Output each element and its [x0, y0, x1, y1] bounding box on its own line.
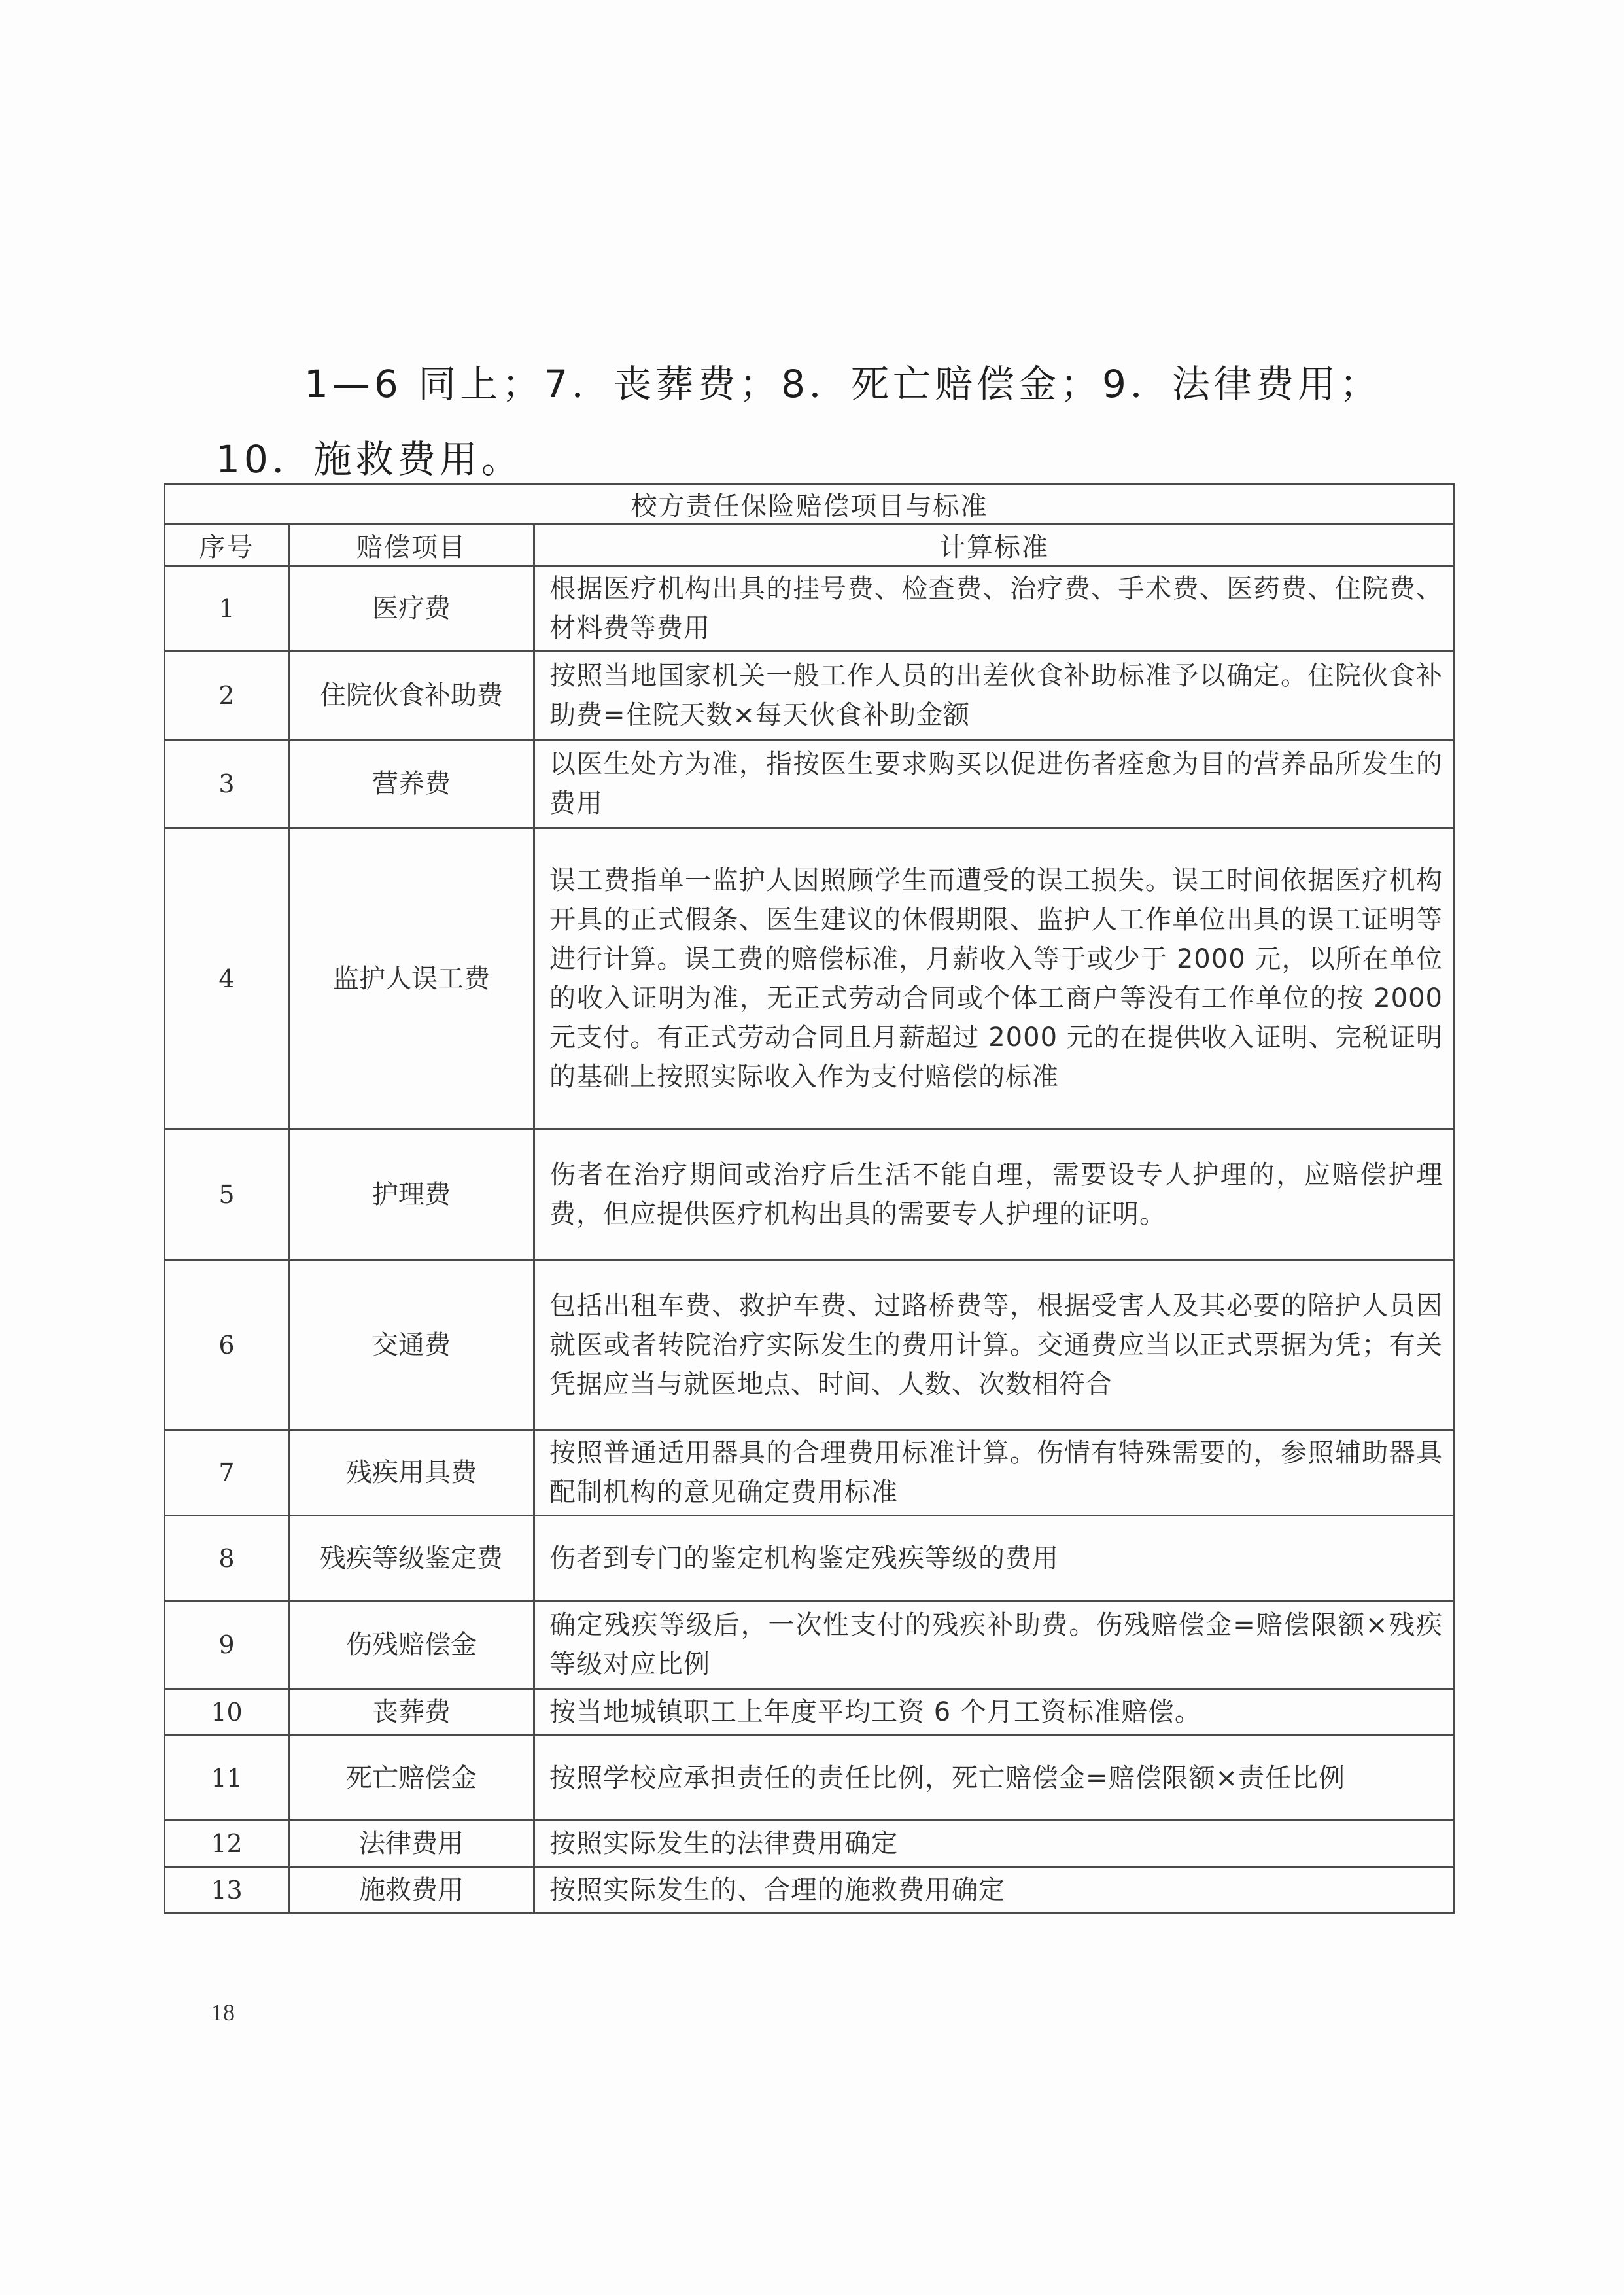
header-seq: 序号: [165, 525, 289, 566]
row-item: 法律费用: [289, 1821, 534, 1867]
row-standard: 确定残疾等级后，一次性支付的残疾补助费。伤残赔偿金=赔偿限额×残疾等级对应比例: [534, 1601, 1455, 1689]
row-standard: 伤者到专门的鉴定机构鉴定残疾等级的费用: [534, 1516, 1455, 1601]
row-standard: 按照普通适用器具的合理费用标准计算。伤情有特殊需要的，参照辅助器具配制机构的意见…: [534, 1430, 1455, 1516]
row-item: 营养费: [289, 740, 534, 828]
table-row: 11 死亡赔偿金 按照学校应承担责任的责任比例，死亡赔偿金=赔偿限额×责任比例: [165, 1736, 1455, 1821]
row-seq: 9: [165, 1601, 289, 1689]
intro-line-2: 10．施救费用。: [216, 429, 523, 483]
row-standard: 按照实际发生的法律费用确定: [534, 1821, 1455, 1867]
row-item: 交通费: [289, 1260, 534, 1430]
row-seq: 13: [165, 1867, 289, 1914]
table-row: 5 护理费 伤者在治疗期间或治疗后生活不能自理，需要设专人护理的，应赔偿护理费，…: [165, 1129, 1455, 1260]
table-row: 10 丧葬费 按当地城镇职工上年度平均工资 6 个月工资标准赔偿。: [165, 1689, 1455, 1736]
table-row: 9 伤残赔偿金 确定残疾等级后，一次性支付的残疾补助费。伤残赔偿金=赔偿限额×残…: [165, 1601, 1455, 1689]
row-standard: 以医生处方为准，指按医生要求购买以促进伤者痊愈为目的营养品所发生的费用: [534, 740, 1455, 828]
row-item: 护理费: [289, 1129, 534, 1260]
row-seq: 4: [165, 828, 289, 1129]
table-title: 校方责任保险赔偿项目与标准: [165, 484, 1455, 525]
compensation-table: 校方责任保险赔偿项目与标准 序号 赔偿项目 计算标准 1 医疗费 根据医疗机构出…: [164, 483, 1455, 1914]
table-row: 6 交通费 包括出租车费、救护车费、过路桥费等，根据受害人及其必要的陪护人员因就…: [165, 1260, 1455, 1430]
row-standard: 根据医疗机构出具的挂号费、检查费、治疗费、手术费、医药费、住院费、材料费等费用: [534, 566, 1455, 652]
row-item: 施救费用: [289, 1867, 534, 1914]
row-standard: 按当地城镇职工上年度平均工资 6 个月工资标准赔偿。: [534, 1689, 1455, 1736]
row-item: 医疗费: [289, 566, 534, 652]
row-standard: 包括出租车费、救护车费、过路桥费等，根据受害人及其必要的陪护人员因就医或者转院治…: [534, 1260, 1455, 1430]
row-item: 残疾等级鉴定费: [289, 1516, 534, 1601]
row-item: 伤残赔偿金: [289, 1601, 534, 1689]
page-number: 18: [211, 1999, 235, 2026]
row-standard: 按照当地国家机关一般工作人员的出差伙食补助标准予以确定。住院伙食补助费=住院天数…: [534, 652, 1455, 740]
row-seq: 12: [165, 1821, 289, 1867]
row-standard: 按照学校应承担责任的责任比例，死亡赔偿金=赔偿限额×责任比例: [534, 1736, 1455, 1821]
header-item: 赔偿项目: [289, 525, 534, 566]
row-standard: 按照实际发生的、合理的施救费用确定: [534, 1867, 1455, 1914]
row-seq: 2: [165, 652, 289, 740]
row-item: 死亡赔偿金: [289, 1736, 534, 1821]
row-seq: 7: [165, 1430, 289, 1516]
table-row: 1 医疗费 根据医疗机构出具的挂号费、检查费、治疗费、手术费、医药费、住院费、材…: [165, 566, 1455, 652]
row-standard: 误工费指单一监护人因照顾学生而遭受的误工损失。误工时间依据医疗机构开具的正式假条…: [534, 828, 1455, 1129]
header-standard: 计算标准: [534, 525, 1455, 566]
row-seq: 1: [165, 566, 289, 652]
table-row: 4 监护人误工费 误工费指单一监护人因照顾学生而遭受的误工损失。误工时间依据医疗…: [165, 828, 1455, 1129]
table-header-row: 序号 赔偿项目 计算标准: [165, 525, 1455, 566]
row-item: 监护人误工费: [289, 828, 534, 1129]
table-row: 3 营养费 以医生处方为准，指按医生要求购买以促进伤者痊愈为目的营养品所发生的费…: [165, 740, 1455, 828]
row-seq: 5: [165, 1129, 289, 1260]
table-row: 13 施救费用 按照实际发生的、合理的施救费用确定: [165, 1867, 1455, 1914]
table-row: 8 残疾等级鉴定费 伤者到专门的鉴定机构鉴定残疾等级的费用: [165, 1516, 1455, 1601]
row-item: 残疾用具费: [289, 1430, 534, 1516]
row-standard: 伤者在治疗期间或治疗后生活不能自理，需要设专人护理的，应赔偿护理费，但应提供医疗…: [534, 1129, 1455, 1260]
table-row: 2 住院伙食补助费 按照当地国家机关一般工作人员的出差伙食补助标准予以确定。住院…: [165, 652, 1455, 740]
row-seq: 6: [165, 1260, 289, 1430]
row-item: 住院伙食补助费: [289, 652, 534, 740]
row-seq: 3: [165, 740, 289, 828]
intro-line-1: 1—6 同上；7．丧葬费；8．死亡赔偿金；9．法律费用；: [304, 353, 1381, 408]
table-row: 12 法律费用 按照实际发生的法律费用确定: [165, 1821, 1455, 1867]
table-row: 7 残疾用具费 按照普通适用器具的合理费用标准计算。伤情有特殊需要的，参照辅助器…: [165, 1430, 1455, 1516]
table-title-row: 校方责任保险赔偿项目与标准: [165, 484, 1455, 525]
row-seq: 8: [165, 1516, 289, 1601]
row-seq: 11: [165, 1736, 289, 1821]
row-seq: 10: [165, 1689, 289, 1736]
row-item: 丧葬费: [289, 1689, 534, 1736]
